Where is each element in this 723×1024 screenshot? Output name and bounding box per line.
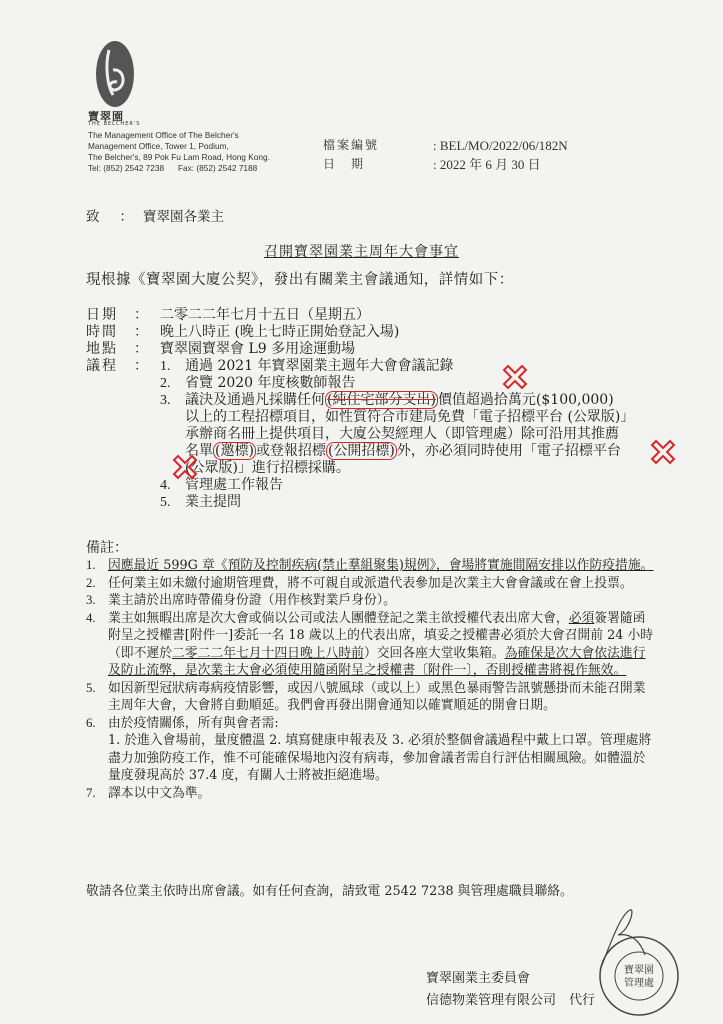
note-text: 因應最近 599G 章《預防及控制疾病(禁止羣組聚集)規例》，會場將實施間隔安排… [108, 557, 658, 575]
closing-paragraph: 敬請各位業主依時出席會議。如有任何查詢，請致電 2542 7238 與管理處職員… [86, 880, 573, 899]
meeting-time-value: 晚上八時正 (晚上七時正開始登記入場) [160, 324, 399, 341]
agenda-text: 通過 2021 年寶翠園業主週年大會會議記錄 [185, 358, 630, 375]
agenda-item: 2.省覽 2020 年度核數師報告 [160, 375, 660, 392]
svg-text:寶翠園: 寶翠園 [624, 963, 654, 976]
agenda-text: 省覽 2020 年度核數師報告 [185, 375, 630, 392]
note-number: 3. [86, 592, 108, 610]
reference-block: 檔案編號: BEL/MO/2022/06/182N 日 期: 2022 年 6 … [323, 136, 568, 174]
signature-block: 寶翠園業主委員會 信德物業管理有限公司 代行 [426, 968, 595, 1012]
meeting-venue-value: 寶翠園寶翠會 L9 多用途運動場 [160, 341, 355, 358]
agenda-text: 議決及通過凡採購任何(純住宅部分支出)價值超過拾萬元($100,000) 以上的… [185, 392, 630, 477]
note-text: 業主如無暇出席是次大會或倘以公司或法人團體登記之業主欲授權代表出席大會，必須簽署… [108, 610, 658, 680]
agenda-item: 3. 議決及通過凡採購任何(純住宅部分支出)價值超過拾萬元($100,000) … [160, 392, 660, 477]
note-text: 由於疫情關係，所有與會者需:1. 於進入會場前，量度體溫 2. 填寫健康申報表及… [108, 715, 658, 785]
text-segment: 或登報招標 [256, 443, 326, 459]
text-segment: 業主如無暇出席是次大會或倘以公司或法人團體登記之業主欲授權代表出席大會， [108, 611, 569, 626]
notes-list: 1.因應最近 599G 章《預防及控制疾病(禁止羣組聚集)規例》，會場將實施間隔… [86, 557, 666, 802]
belchers-logo-icon [95, 40, 135, 108]
signature-line: 寶翠園業主委員會 [426, 968, 595, 990]
note-item: 4. 業主如無暇出席是次大會或倘以公司或法人團體登記之業主欲授權代表出席大會，必… [86, 610, 666, 680]
address-line: The Management Office of The Belcher's [88, 130, 270, 141]
red-cross-mark-icon [500, 362, 530, 392]
file-number-label: 檔案編號 [323, 136, 433, 155]
agenda-item: 5.業主提問 [160, 494, 660, 511]
agenda-text: 業主提問 [185, 494, 630, 511]
date-label: 日 期 [323, 155, 433, 174]
circled-annotation: (公開招標) [326, 442, 397, 460]
agenda-number: 1. [160, 358, 185, 375]
agenda-text: 管理處工作報告 [185, 477, 630, 494]
note-item: 7.譯本以中文為準。 [86, 785, 666, 803]
colon: ： [134, 324, 160, 341]
note-text: 譯本以中文為準。 [108, 785, 658, 803]
official-seal-icon: 寶翠園 管理處 [598, 935, 680, 1017]
red-cross-mark-icon [648, 437, 678, 467]
text-segment: 1. 於進入會場前，量度體溫 2. 填寫健康申報表及 3. 必須於整個會議過程中… [108, 733, 651, 783]
colon: ： [134, 341, 160, 358]
address-line: Management Office, Tower 1, Podium, [88, 141, 270, 152]
recipient-label: 致 [86, 209, 100, 225]
note-item: 2.任何業主如未繳付逾期管理費，將不可親自或派遣代表參加是次業主大會會議或在會上… [86, 575, 666, 593]
note-number: 5. [86, 680, 108, 715]
title-text: 召開寶翠園業主周年大會事宜 [264, 244, 459, 260]
circled-annotation: (純住宅部分支出) [325, 391, 438, 409]
agenda-list: 1.通過 2021 年寶翠園業主週年大會會議記錄 2.省覽 2020 年度核數師… [160, 358, 660, 511]
note-number: 4. [86, 610, 108, 680]
letterhead-address: The Management Office of The Belcher's M… [88, 130, 270, 174]
agenda-number: 5. [160, 494, 185, 511]
red-cross-mark-icon [170, 452, 200, 482]
intro-paragraph: 現根據《寶翠園大廈公契》，發出有關業主會議通知，詳情如下： [86, 268, 514, 289]
note-item: 3.業主請於出席時帶備身份證（用作核對業戶身份）。 [86, 592, 666, 610]
colon: ： [134, 358, 160, 375]
note-item: 6.由於疫情關係，所有與會者需:1. 於進入會場前，量度體溫 2. 填寫健康申報… [86, 715, 666, 785]
signature-line: 信德物業管理有限公司 代行 [426, 990, 595, 1012]
address-line: The Belcher's, 89 Pok Fu Lam Road, Hong … [88, 152, 270, 163]
svg-text:管理處: 管理處 [624, 976, 654, 989]
agenda-item: 1.通過 2021 年寶翠園業主週年大會會議記錄 [160, 358, 660, 375]
circled-annotation: (邀標) [213, 442, 256, 460]
logo-english-name: THE BELCHER'S [88, 121, 140, 127]
contact-line: Tel: (852) 2542 7238 Fax: (852) 2542 718… [88, 163, 270, 174]
file-number-value: : BEL/MO/2022/06/182N [433, 136, 568, 155]
notice-title: 召開寶翠園業主周年大會事宜 [0, 241, 723, 261]
meeting-venue-label: 地點 [86, 341, 134, 358]
underlined-text: 二零二二年七月十四日晚上八時前 [172, 646, 364, 661]
agenda-item: 4.管理處工作報告 [160, 477, 660, 494]
note-number: 1. [86, 557, 108, 575]
meeting-date-value: 二零二二年七月十五日（星期五） [160, 307, 370, 324]
note-text: 任何業主如未繳付逾期管理費，將不可親自或派遣代表參加是次業主大會會議或在會上投票… [108, 575, 658, 593]
note-item: 1.因應最近 599G 章《預防及控制疾病(禁止羣組聚集)規例》，會場將實施間隔… [86, 557, 666, 575]
text-segment: ）交回各座大堂收集箱。 [364, 646, 505, 661]
colon: ： [134, 307, 160, 324]
recipient-value: 寶翠園各業主 [143, 209, 224, 225]
note-number: 2. [86, 575, 108, 593]
note-text: 如因新型冠狀病毒病疫情影響，或因八號風球（或以上）或黑色暴雨警告訊號懸掛而未能召… [108, 680, 658, 715]
recipient-colon: ： [120, 209, 134, 225]
notice-page: 寶翠園 THE BELCHER'S The Management Office … [0, 0, 723, 1024]
note-number: 6. [86, 715, 108, 785]
recipient-line: 致：寶翠園各業主 [86, 205, 224, 225]
agenda-number: 2. [160, 375, 185, 392]
text-segment: 議決及通過凡採購任何 [185, 392, 325, 408]
note-number: 7. [86, 785, 108, 803]
agenda-label: 議程 [86, 358, 134, 375]
note-item: 5.如因新型冠狀病毒病疫情影響，或因八號風球（或以上）或黑色暴雨警告訊號懸掛而未… [86, 680, 666, 715]
meeting-date-label: 日期 [86, 307, 134, 324]
text-segment: 由於疫情關係，所有與會者需: [108, 716, 279, 731]
meeting-time-label: 時間 [86, 324, 134, 341]
note-text: 業主請於出席時帶備身份證（用作核對業戶身份）。 [108, 592, 658, 610]
date-value: : 2022 年 6 月 30 日 [433, 155, 541, 174]
notes-heading: 備註： [86, 537, 128, 557]
underlined-text: 必須 [569, 611, 595, 626]
